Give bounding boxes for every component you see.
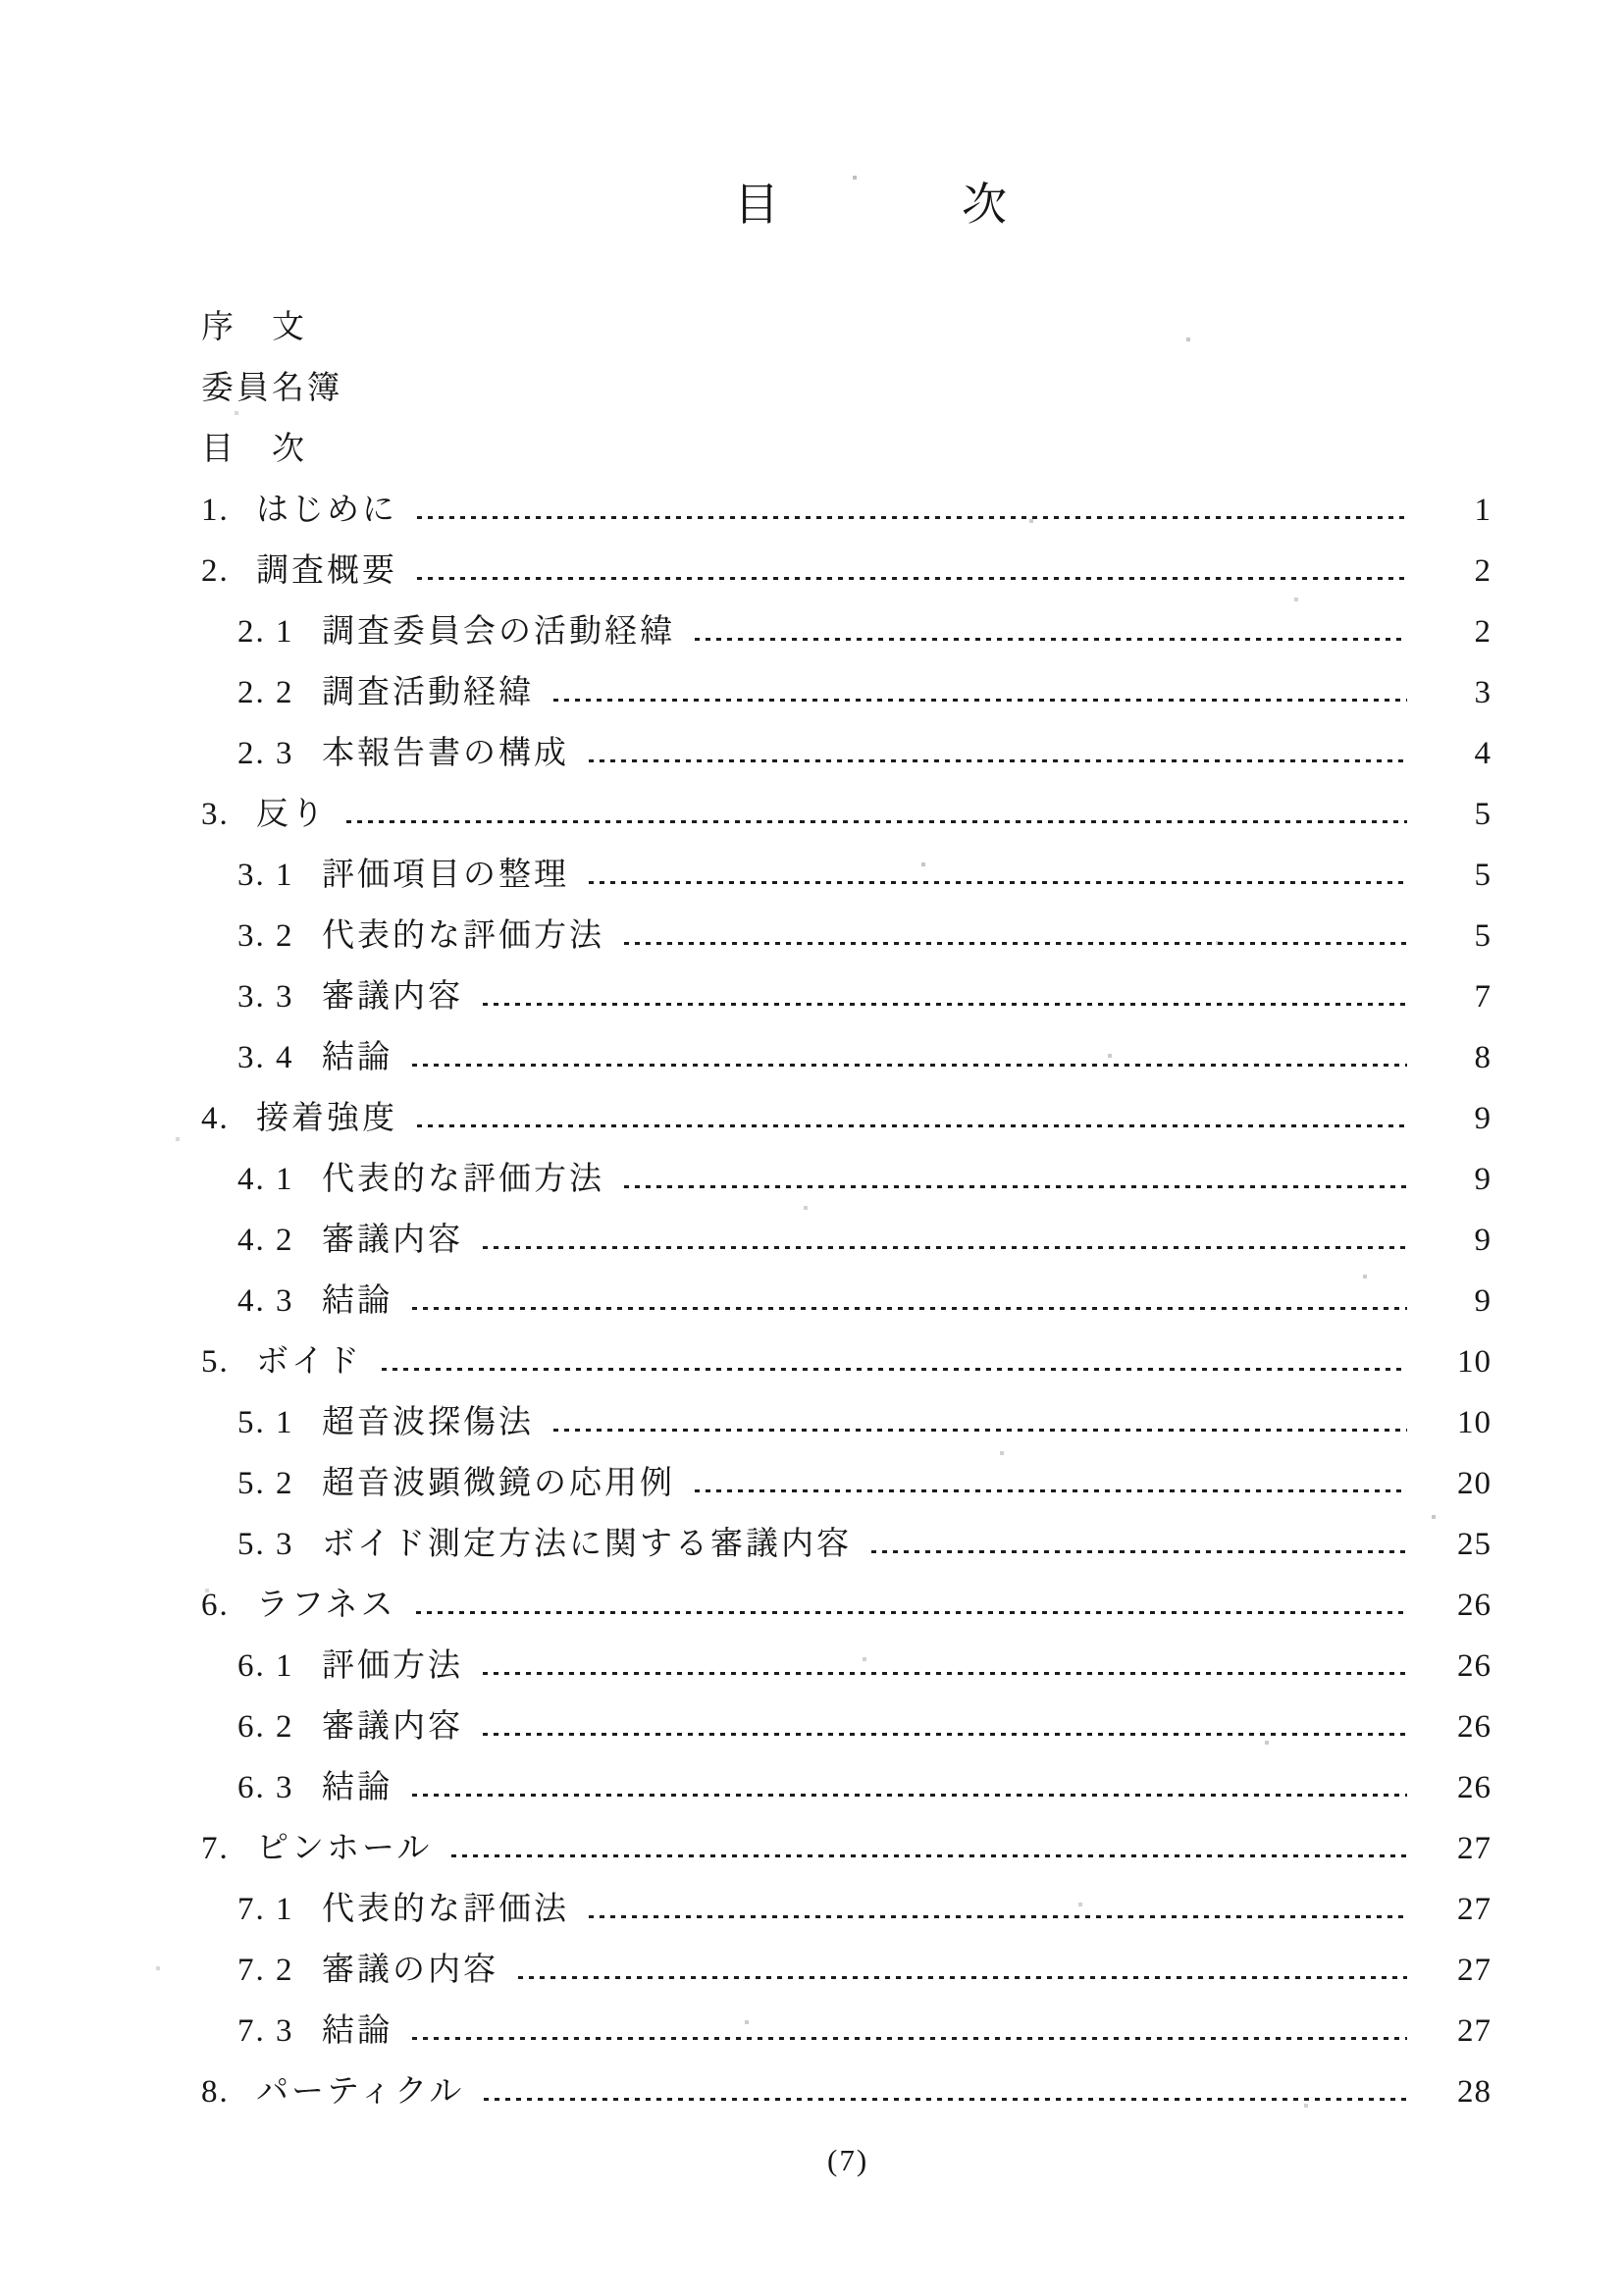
toc-number: 3. 2 <box>237 906 322 966</box>
toc-page-number: 5 <box>1423 906 1492 966</box>
toc-page-number: 27 <box>1423 2001 1492 2061</box>
toc-page-number: 26 <box>1423 1757 1492 1818</box>
toc-row: 2. 2 調査活動経緯 3 <box>0 662 1623 723</box>
toc-number: 3. <box>201 784 256 845</box>
scan-noise <box>0 0 2 2</box>
toc-label: 審議内容 <box>322 1210 463 1271</box>
toc-number: 7. 2 <box>237 1940 322 2001</box>
toc-label: 審議内容 <box>322 966 463 1027</box>
toc-label: 代表的な評価法 <box>322 1879 569 1940</box>
dotted-leader <box>412 1064 1407 1067</box>
table-of-contents: 序 文 委員名簿 目 次 1. はじめに 1 2. 調査概要 2 2. 1 調査… <box>0 297 1623 2122</box>
toc-number: 4. 3 <box>237 1271 322 1331</box>
toc-number: 6. 2 <box>237 1696 322 1757</box>
dotted-leader <box>412 1307 1407 1310</box>
toc-label: 調査概要 <box>256 541 397 601</box>
toc-page-number: 5 <box>1423 845 1492 906</box>
toc-label: 調査活動経緯 <box>322 662 534 723</box>
toc-row: 5. 3 ボイド測定方法に関する審議内容 25 <box>0 1514 1623 1575</box>
toc-label: 審議内容 <box>322 1696 463 1757</box>
dotted-leader <box>589 1915 1407 1918</box>
dotted-leader <box>553 699 1407 702</box>
toc-row: 8. パーティクル 28 <box>0 2061 1623 2122</box>
toc-number: 3. 3 <box>237 966 322 1027</box>
toc-number: 3. 4 <box>237 1027 322 1088</box>
toc-number: 5. <box>201 1331 256 1392</box>
toc-row: 4. 1 代表的な評価方法 9 <box>0 1149 1623 1210</box>
toc-number: 8. <box>201 2061 256 2122</box>
toc-label: 評価方法 <box>322 1636 463 1696</box>
document-page: 目次 序 文 委員名簿 目 次 1. はじめに 1 2. 調査概要 2 2. 1… <box>0 0 1623 2296</box>
toc-row: 3. 3 審議内容 7 <box>0 966 1623 1027</box>
dotted-leader <box>417 577 1407 580</box>
dotted-leader <box>483 1003 1407 1006</box>
dotted-leader <box>346 820 1407 823</box>
dotted-leader <box>589 759 1407 762</box>
toc-row: 7. 3 結論 27 <box>0 2001 1623 2061</box>
toc-page-number: 10 <box>1423 1392 1492 1453</box>
toc-number: 2. 2 <box>237 662 322 723</box>
toc-number: 6. 3 <box>237 1757 322 1818</box>
toc-row: 3. 4 結論 8 <box>0 1027 1623 1088</box>
toc-number: 7. 1 <box>237 1879 322 1940</box>
toc-label: 結論 <box>322 2001 393 2061</box>
toc-number: 1. <box>201 480 256 541</box>
front-matter-list: 序 文 委員名簿 目 次 <box>0 297 1623 480</box>
toc-page-number: 10 <box>1423 1331 1492 1392</box>
toc-row: 5. ボイド 10 <box>0 1331 1623 1392</box>
toc-page-number: 2 <box>1423 541 1492 601</box>
toc-page-number: 1 <box>1423 480 1492 541</box>
toc-page-number: 28 <box>1423 2061 1492 2122</box>
toc-page-number: 27 <box>1423 1879 1492 1940</box>
dotted-leader <box>382 1368 1407 1371</box>
toc-label: 代表的な評価方法 <box>322 906 604 966</box>
toc-row: 5. 1 超音波探傷法 10 <box>0 1392 1623 1453</box>
dotted-leader <box>416 1611 1407 1614</box>
toc-number: 5. 1 <box>237 1392 322 1453</box>
dotted-leader <box>695 638 1407 641</box>
dotted-leader <box>451 1854 1407 1857</box>
toc-label: はじめに <box>256 480 397 541</box>
toc-label: 審議の内容 <box>322 1940 498 2001</box>
toc-page-number: 27 <box>1423 1818 1492 1879</box>
toc-number: 6. 1 <box>237 1636 322 1696</box>
front-matter-row: 委員名簿 <box>0 358 1623 419</box>
dotted-leader <box>518 1976 1407 1979</box>
toc-list: 1. はじめに 1 2. 調査概要 2 2. 1 調査委員会の活動経緯 2 2.… <box>0 480 1623 2122</box>
toc-label: 結論 <box>322 1271 393 1331</box>
toc-label: 接着強度 <box>256 1088 397 1149</box>
dotted-leader <box>695 1489 1407 1492</box>
dotted-leader <box>412 1794 1407 1797</box>
page-title: 目次 <box>734 181 1189 231</box>
toc-page-number: 25 <box>1423 1514 1492 1575</box>
footer-page-label: (7) <box>827 2143 868 2178</box>
toc-label: 評価項目の整理 <box>322 845 569 906</box>
toc-page-number: 5 <box>1423 784 1492 845</box>
dotted-leader <box>417 1124 1407 1127</box>
toc-number: 4. 2 <box>237 1210 322 1271</box>
toc-number: 4. <box>201 1088 256 1149</box>
toc-label: 本報告書の構成 <box>322 723 569 784</box>
toc-page-number: 9 <box>1423 1210 1492 1271</box>
toc-number: 2. <box>201 541 256 601</box>
toc-number: 5. 2 <box>237 1453 322 1514</box>
dotted-leader <box>483 1733 1407 1736</box>
toc-row: 4. 接着強度 9 <box>0 1088 1623 1149</box>
toc-number: 2. 1 <box>237 601 322 662</box>
front-matter-label: 委員名簿 <box>201 358 342 419</box>
front-matter-row: 目 次 <box>0 419 1623 480</box>
dotted-leader <box>871 1550 1407 1553</box>
dotted-leader <box>624 1185 1407 1188</box>
front-matter-row: 序 文 <box>0 297 1623 358</box>
toc-row: 2. 3 本報告書の構成 4 <box>0 723 1623 784</box>
toc-label: 調査委員会の活動経緯 <box>322 601 675 662</box>
toc-row: 6. 3 結論 26 <box>0 1757 1623 1818</box>
toc-page-number: 7 <box>1423 966 1492 1027</box>
toc-number: 7. 3 <box>237 2001 322 2061</box>
dotted-leader <box>553 1429 1407 1432</box>
toc-page-number: 8 <box>1423 1027 1492 1088</box>
toc-row: 5. 2 超音波顕微鏡の応用例 20 <box>0 1453 1623 1514</box>
toc-number: 6. <box>201 1575 256 1636</box>
toc-page-number: 9 <box>1423 1149 1492 1210</box>
toc-page-number: 20 <box>1423 1453 1492 1514</box>
toc-label: 結論 <box>322 1027 393 1088</box>
toc-row: 2. 1 調査委員会の活動経緯 2 <box>0 601 1623 662</box>
toc-row: 6. 2 審議内容 26 <box>0 1696 1623 1757</box>
toc-row: 7. ピンホール 27 <box>0 1818 1623 1879</box>
toc-label: 反り <box>256 784 327 845</box>
dotted-leader <box>417 516 1407 519</box>
toc-label: ボイド測定方法に関する審議内容 <box>322 1514 852 1575</box>
front-matter-label: 序 文 <box>201 297 307 358</box>
toc-page-number: 9 <box>1423 1088 1492 1149</box>
dotted-leader <box>483 1246 1407 1249</box>
toc-label: 超音波探傷法 <box>322 1392 534 1453</box>
toc-row: 2. 調査概要 2 <box>0 541 1623 601</box>
toc-number: 5. 3 <box>237 1514 322 1575</box>
dotted-leader <box>589 881 1407 884</box>
toc-page-number: 9 <box>1423 1271 1492 1331</box>
toc-row: 3. 1 評価項目の整理 5 <box>0 845 1623 906</box>
toc-page-number: 26 <box>1423 1636 1492 1696</box>
toc-page-number: 4 <box>1423 723 1492 784</box>
toc-label: ボイド <box>256 1331 362 1392</box>
dotted-leader <box>484 2098 1407 2101</box>
toc-number: 4. 1 <box>237 1149 322 1210</box>
toc-row: 7. 2 審議の内容 27 <box>0 1940 1623 2001</box>
toc-row: 1. はじめに 1 <box>0 480 1623 541</box>
toc-row: 6. 1 評価方法 26 <box>0 1636 1623 1696</box>
toc-row: 4. 2 審議内容 9 <box>0 1210 1623 1271</box>
toc-label: 代表的な評価方法 <box>322 1149 604 1210</box>
toc-number: 7. <box>201 1818 256 1879</box>
toc-page-number: 27 <box>1423 1940 1492 2001</box>
toc-row: 4. 3 結論 9 <box>0 1271 1623 1331</box>
toc-label: ピンホール <box>256 1818 432 1879</box>
dotted-leader <box>483 1672 1407 1675</box>
toc-page-number: 26 <box>1423 1575 1492 1636</box>
toc-page-number: 3 <box>1423 662 1492 723</box>
toc-page-number: 2 <box>1423 601 1492 662</box>
toc-row: 3. 反り 5 <box>0 784 1623 845</box>
toc-label: 結論 <box>322 1757 393 1818</box>
toc-row: 7. 1 代表的な評価法 27 <box>0 1879 1623 1940</box>
toc-number: 3. 1 <box>237 845 322 906</box>
dotted-leader <box>412 2037 1407 2040</box>
dotted-leader <box>624 942 1407 945</box>
toc-label: ラフネス <box>256 1575 396 1636</box>
toc-page-number: 26 <box>1423 1696 1492 1757</box>
toc-label: 超音波顕微鏡の応用例 <box>322 1453 675 1514</box>
front-matter-label: 目 次 <box>201 419 307 480</box>
toc-row: 3. 2 代表的な評価方法 5 <box>0 906 1623 966</box>
toc-label: パーティクル <box>256 2061 464 2122</box>
toc-row: 6. ラフネス 26 <box>0 1575 1623 1636</box>
toc-number: 2. 3 <box>237 723 322 784</box>
